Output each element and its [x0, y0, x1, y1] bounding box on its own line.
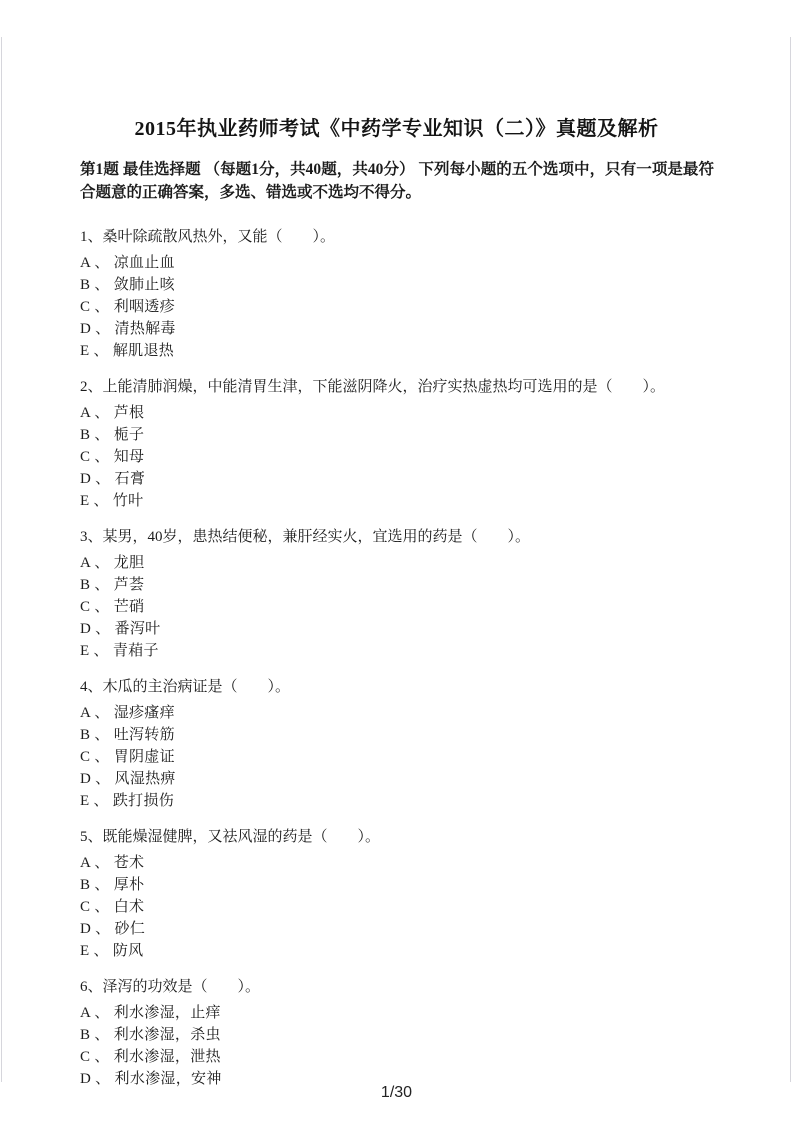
option-line: B 、 利水渗湿，杀虫	[80, 1024, 728, 1046]
question-stem: 5、既能燥湿健脾，又祛风湿的药是（ ）。	[80, 826, 728, 848]
question-block-4: 4、木瓜的主治病证是（ ）。 A 、 湿疹瘙痒 B 、 吐泻转筋 C 、 胃阴虚…	[80, 676, 728, 812]
option-line: D 、 砂仁	[80, 918, 728, 940]
option-line: B 、 栀子	[80, 424, 728, 446]
question-stem: 3、某男，40岁，患热结便秘，兼肝经实火，宜选用的药是（ ）。	[80, 526, 728, 548]
question-block-6: 6、泽泻的功效是（ ）。 A 、 利水渗湿，止痒 B 、 利水渗湿，杀虫 C 、…	[80, 976, 728, 1090]
page-right-edge	[790, 37, 791, 1082]
option-line: C 、 胃阴虚证	[80, 746, 728, 768]
document-page: 2015年执业药师考试《中药学专业知识（二）》真题及解析 第1题 最佳选择题 （…	[0, 0, 793, 1122]
question-block-1: 1、桑叶除疏散风热外，又能（ ）。 A 、 凉血止血 B 、 敛肺止咳 C 、 …	[80, 226, 728, 362]
option-line: E 、 解肌退热	[80, 340, 728, 362]
option-line: B 、 芦荟	[80, 574, 728, 596]
question-stem: 2、上能清肺润燥，中能清胃生津，下能滋阴降火，治疗实热虚热均可选用的是（ ）。	[80, 376, 728, 398]
section-intro: 第1题 最佳选择题 （每题1分，共40题，共40分） 下列每小题的五个选项中，只…	[80, 158, 714, 204]
option-line: A 、 凉血止血	[80, 252, 728, 274]
option-line: C 、 利水渗湿，泄热	[80, 1046, 728, 1068]
document-title: 2015年执业药师考试《中药学专业知识（二）》真题及解析	[0, 112, 793, 141]
option-line: A 、 苍术	[80, 852, 728, 874]
option-line: A 、 利水渗湿，止痒	[80, 1002, 728, 1024]
option-line: B 、 吐泻转筋	[80, 724, 728, 746]
option-line: E 、 青葙子	[80, 640, 728, 662]
question-stem: 4、木瓜的主治病证是（ ）。	[80, 676, 728, 698]
page-left-edge	[1, 37, 2, 1082]
option-line: C 、 芒硝	[80, 596, 728, 618]
option-line: D 、 风湿热痹	[80, 768, 728, 790]
question-block-5: 5、既能燥湿健脾，又祛风湿的药是（ ）。 A 、 苍术 B 、 厚朴 C 、 白…	[80, 826, 728, 962]
question-block-3: 3、某男，40岁，患热结便秘，兼肝经实火，宜选用的药是（ ）。 A 、 龙胆 B…	[80, 526, 728, 662]
question-block-2: 2、上能清肺润燥，中能清胃生津，下能滋阴降火，治疗实热虚热均可选用的是（ ）。 …	[80, 376, 728, 512]
question-stem: 1、桑叶除疏散风热外，又能（ ）。	[80, 226, 728, 248]
option-line: A 、 湿疹瘙痒	[80, 702, 728, 724]
question-stem: 6、泽泻的功效是（ ）。	[80, 976, 728, 998]
option-line: C 、 知母	[80, 446, 728, 468]
option-line: D 、 番泻叶	[80, 618, 728, 640]
option-line: D 、 清热解毒	[80, 318, 728, 340]
page-number-indicator: 1/30	[0, 1084, 793, 1102]
option-line: E 、 竹叶	[80, 490, 728, 512]
option-line: C 、 白术	[80, 896, 728, 918]
option-line: B 、 厚朴	[80, 874, 728, 896]
option-line: A 、 芦根	[80, 402, 728, 424]
option-line: E 、 防风	[80, 940, 728, 962]
option-line: A 、 龙胆	[80, 552, 728, 574]
option-line: D 、 石膏	[80, 468, 728, 490]
option-line: E 、 跌打损伤	[80, 790, 728, 812]
option-line: C 、 利咽透疹	[80, 296, 728, 318]
option-line: B 、 敛肺止咳	[80, 274, 728, 296]
question-list: 1、桑叶除疏散风热外，又能（ ）。 A 、 凉血止血 B 、 敛肺止咳 C 、 …	[80, 226, 728, 1104]
